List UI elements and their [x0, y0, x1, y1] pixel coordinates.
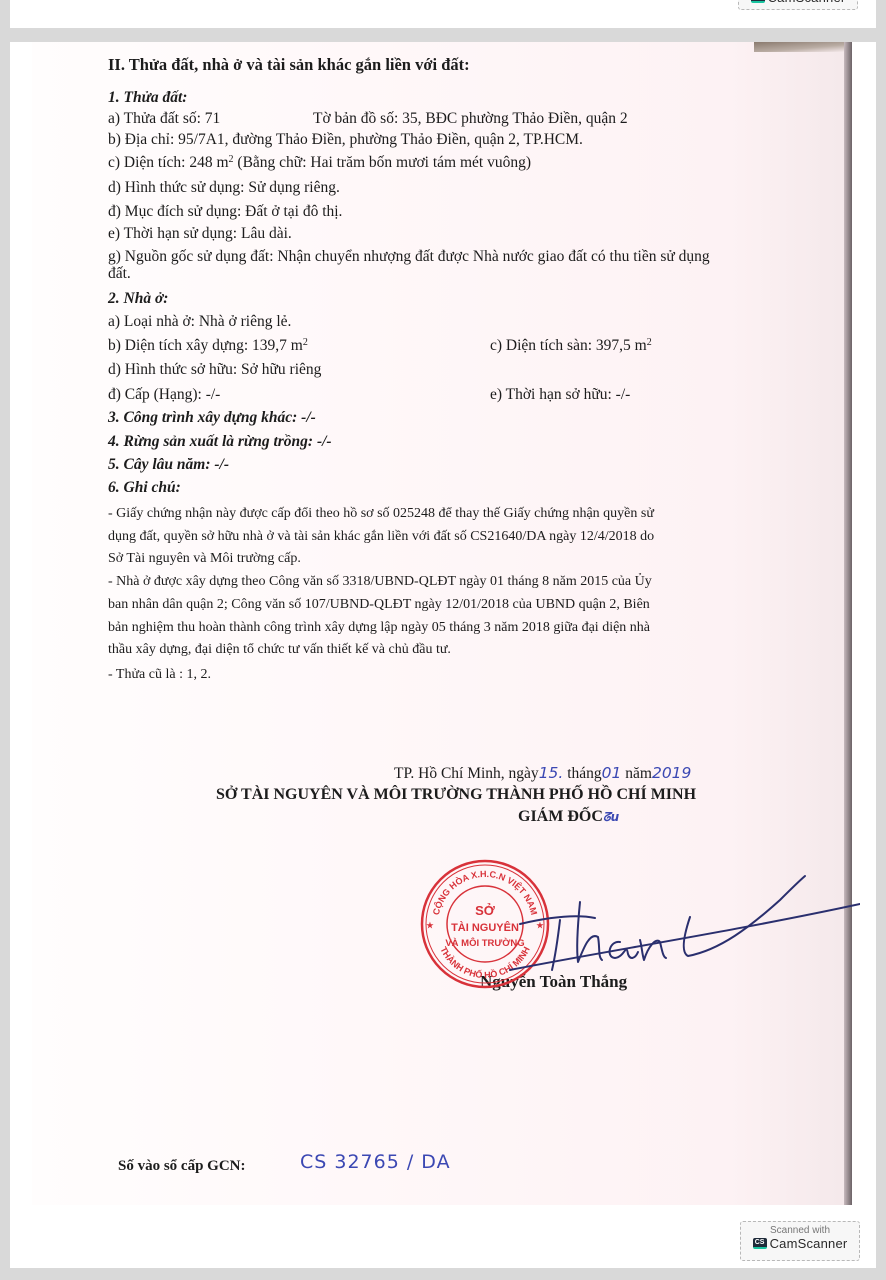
other-constructions: 3. Công trình xây dựng khác: -/-: [108, 408, 316, 427]
issue-date: TP. Hồ Chí Minh, ngày15. tháng01 năm2019: [394, 764, 691, 783]
notes-heading: 6. Ghi chú:: [108, 478, 181, 497]
land-address: b) Địa chỉ: 95/7A1, đường Thảo Điền, phư…: [108, 130, 583, 149]
camscanner-brand: CamScanner: [770, 1236, 848, 1251]
handwritten-initials: ᘔu: [603, 810, 619, 824]
paper-corner-shadow: [754, 42, 844, 52]
previous-page-tail: CS CamScanner: [10, 0, 876, 28]
note-line: - Thửa cũ là : 1, 2.: [108, 665, 211, 684]
scanned-page: II. Thửa đất, nhà ở và tài sản khác gắn …: [10, 42, 876, 1268]
director-signature: [480, 862, 860, 992]
house-grade: đ) Cấp (Hạng): -/-: [108, 385, 220, 404]
scanned-with-label: Scanned with: [741, 1225, 859, 1236]
paper-edge-shadow: [844, 42, 852, 1205]
note-line: Sở Tài nguyên và Môi trường cấp.: [108, 549, 301, 568]
house-floor-area: c) Diện tích sàn: 397,5 m2: [490, 336, 652, 355]
section-title: II. Thửa đất, nhà ở và tài sản khác gắn …: [108, 55, 470, 74]
house-built-area: b) Diện tích xây dựng: 139,7 m2: [108, 336, 308, 355]
house-ownership-form: d) Hình thức sở hữu: Sở hữu riêng: [108, 360, 321, 379]
land-origin-line2: đất.: [108, 264, 131, 283]
handwritten-day: 15.: [539, 764, 564, 782]
camscanner-logo-icon: CS: [753, 1238, 767, 1249]
registry-number-handwritten: CS 32765 / DA: [300, 1153, 451, 1172]
handwritten-year: 2019: [652, 764, 691, 782]
land-usage-form: d) Hình thức sử dụng: Sử dụng riêng.: [108, 178, 340, 197]
land-area: c) Diện tích: 248 m2 (Bằng chữ: Hai trăm…: [108, 153, 531, 172]
issuing-agency: SỞ TÀI NGUYÊN VÀ MÔI TRƯỜNG THÀNH PHỐ HỒ…: [86, 785, 826, 804]
land-usage-term: e) Thời hạn sử dụng: Lâu dài.: [108, 224, 292, 243]
house-heading: 2. Nhà ở:: [108, 289, 168, 308]
land-origin-line1: g) Nguồn gốc sử dụng đất: Nhận chuyển nh…: [108, 247, 710, 266]
svg-text:★: ★: [426, 921, 434, 930]
note-line: dụng đất, quyền sở hữu nhà ở và tài sản …: [108, 527, 654, 546]
camscanner-watermark-bottom: Scanned with CS CamScanner: [740, 1221, 860, 1261]
land-parcel-number: a) Thửa đất số: 71: [108, 109, 220, 128]
house-ownership-term: e) Thời hạn sở hữu: -/-: [490, 385, 630, 404]
note-line: - Nhà ở được xây dựng theo Công văn số 3…: [108, 572, 652, 591]
perennial-trees: 5. Cây lâu năm: -/-: [108, 455, 229, 474]
handwritten-month: 01: [602, 764, 622, 782]
land-map-sheet: Tờ bản đồ số: 35, BĐC phường Thảo Điền, …: [313, 109, 628, 128]
house-type: a) Loại nhà ở: Nhà ở riêng lẻ.: [108, 312, 291, 331]
signer-position: GIÁM ĐỐCᘔu: [518, 807, 619, 827]
camscanner-brand: CamScanner: [768, 0, 846, 5]
note-line: - Giấy chứng nhận này được cấp đổi theo …: [108, 504, 654, 523]
note-line: ban nhân dân quận 2; Công văn số 107/UBN…: [108, 595, 650, 614]
land-usage-purpose: đ) Mục đích sử dụng: Đất ở tại đô thị.: [108, 202, 342, 221]
land-heading: 1. Thửa đất:: [108, 88, 187, 107]
registry-label: Số vào sổ cấp GCN:: [118, 1157, 246, 1176]
note-line: thầu xây dựng, đại diện tổ chức tư vấn t…: [108, 640, 451, 659]
planted-forest: 4. Rừng sản xuất là rừng trồng: -/-: [108, 432, 332, 451]
camscanner-logo-icon: CS: [751, 0, 765, 3]
note-line: bản nghiệm thu hoàn thành công trình xây…: [108, 618, 650, 637]
camscanner-watermark-top: CS CamScanner: [738, 0, 858, 10]
